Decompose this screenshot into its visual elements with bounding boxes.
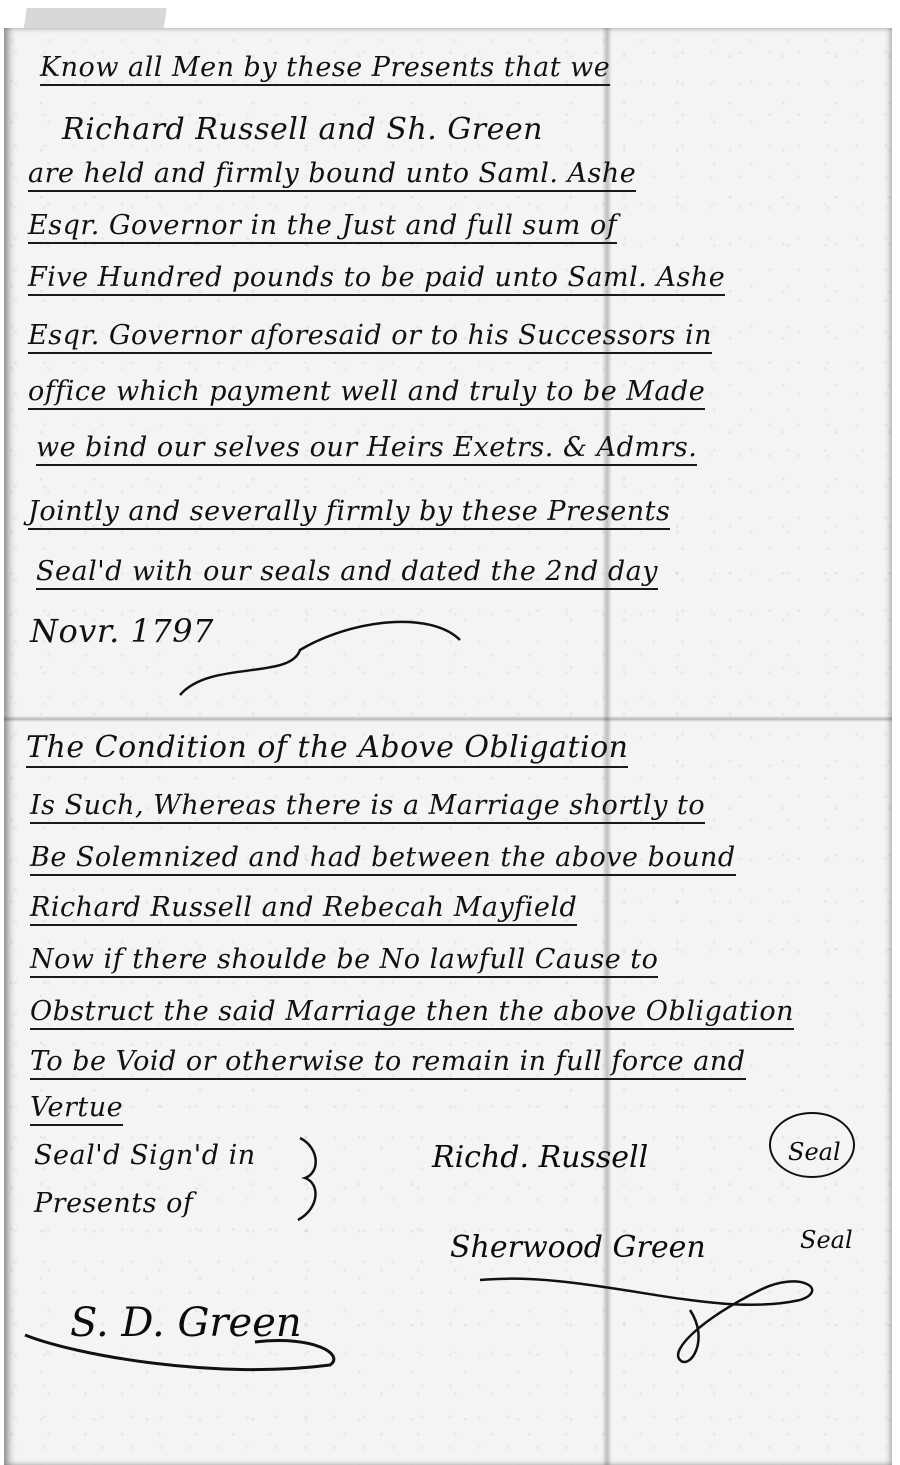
bond-line-8: we bind our selves our Heirs Exetrs. & A… — [36, 432, 697, 466]
condition-heading: The Condition of the Above Obligation — [26, 730, 628, 768]
condition-line-5: Now if there shoulde be No lawfull Cause… — [30, 944, 658, 978]
bond-line-10: Seal'd with our seals and dated the 2nd … — [36, 556, 658, 590]
condition-line-2: Is Such, Whereas there is a Marriage sho… — [30, 790, 705, 824]
signature-principal: Richd. Russell — [432, 1140, 648, 1175]
condition-line-4: Richard Russell and Rebecah Mayfield — [30, 892, 577, 926]
bond-line-3: are held and firmly bound unto Saml. Ash… — [28, 158, 636, 192]
bond-date-line: Novr. 1797 — [30, 612, 214, 650]
bond-line-2: Richard Russell and Sh. Green — [62, 112, 543, 147]
condition-line-7: To be Void or otherwise to remain in ful… — [30, 1046, 746, 1080]
fold-crease-horizontal — [4, 716, 892, 722]
condition-line-6: Obstruct the said Marriage then the abov… — [30, 996, 794, 1030]
seal-surety: Seal — [800, 1226, 853, 1254]
seal-principal: Seal — [788, 1138, 841, 1166]
condition-line-8: Vertue — [30, 1092, 123, 1126]
bond-line-1: Know all Men by these Presents that we — [40, 52, 610, 86]
bond-line-9: Jointly and severally firmly by these Pr… — [28, 496, 670, 530]
bond-line-5: Five Hundred pounds to be paid unto Saml… — [28, 262, 725, 296]
condition-line-3: Be Solemnized and had between the above … — [30, 842, 736, 876]
attestation-line-2: Presents of — [34, 1188, 193, 1219]
signature-witness: S. D. Green — [70, 1300, 302, 1346]
attestation-line-1: Seal'd Sign'd in — [34, 1140, 256, 1171]
document-page: Know all Men by these Presents that we R… — [0, 0, 900, 1465]
signature-surety: Sherwood Green — [450, 1230, 706, 1265]
bond-line-7: office which payment well and truly to b… — [28, 376, 705, 410]
bond-line-6: Esqr. Governor aforesaid or to his Succe… — [28, 320, 712, 354]
bond-line-4: Esqr. Governor in the Just and full sum … — [28, 210, 617, 244]
